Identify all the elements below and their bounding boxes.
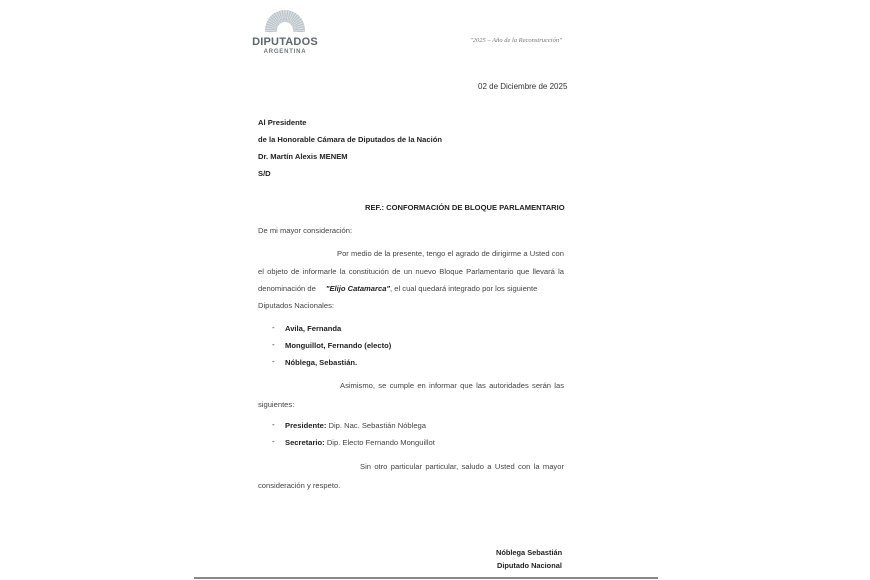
bloc-name: "Elijo Catamarca" [326,284,390,293]
letter-page: DIPUTADOS ARGENTINA "2025 – Año de la Re… [0,0,870,580]
recipient-line-2: de la Honorable Cámara de Diputados de l… [258,135,442,144]
paragraph1-line3-prefix: denominación de [258,284,316,293]
recipient-line-3: Dr. Martín Alexis MENEM [258,152,348,161]
member-name: Avila, Fernanda [285,324,341,333]
authority-name: Dip. Electo Fernando Monguillot [327,438,435,447]
member-name: Monguillot, Fernando (electo) [285,341,391,350]
closing-line2: consideración y respeto. [258,481,340,490]
recipient-line-1: Al Presidente [258,118,307,127]
closing-line1: Sin otro particular particular, saludo a… [360,462,564,471]
signature-title: Diputado Nacional [497,561,562,570]
reference-line: REF.: CONFORMACIÓN DE BLOQUE PARLAMENTAR… [365,203,565,212]
paragraph2-line2: siguientes: [258,400,294,409]
paragraph1-line2: el objeto de informarle la constitución … [258,267,564,276]
paragraph2-line1: Asimismo, se cumple en informar que las … [340,381,564,390]
bullet-dash-icon: - [272,420,275,429]
paragraph1-line1: Por medio de la presente, tengo el agrad… [337,249,564,258]
page-bottom-divider [194,577,658,579]
paragraph1-line3: denominación de "Elijo Catamarca", el cu… [258,284,564,293]
authority-role: Presidente: [285,421,326,430]
recipient-line-4: S/D [258,169,271,178]
paragraph1-line3-suffix: , el cual quedará integrado por los sigu… [390,284,537,293]
bullet-dash-icon: - [272,437,275,446]
bullet-dash-icon: - [272,323,275,332]
salutation: De mi mayor consideración: [258,226,352,235]
logo-title: DIPUTADOS [250,36,320,48]
signature-name: Nóblega Sebastián [496,548,562,557]
authority-role: Secretario: [285,438,325,447]
bullet-dash-icon: - [272,357,275,366]
bullet-dash-icon: - [272,340,275,349]
bloc-name-wrap: "Elijo Catamarca", el cual quedará integ… [326,284,564,293]
chamber-arc-icon [265,10,305,32]
logo-subtitle: ARGENTINA [250,48,320,56]
authority-name: Dip. Nac. Sebastián Nóblega [328,421,426,430]
member-name: Nóblega, Sebastián. [285,358,357,367]
diputados-logo: DIPUTADOS ARGENTINA [250,10,320,58]
letter-date: 02 de Diciembre de 2025 [478,82,567,91]
year-motto: "2025 – Año de la Reconstrucción" [470,37,562,44]
paragraph1-line4: Diputados Nacionales: [258,301,334,310]
